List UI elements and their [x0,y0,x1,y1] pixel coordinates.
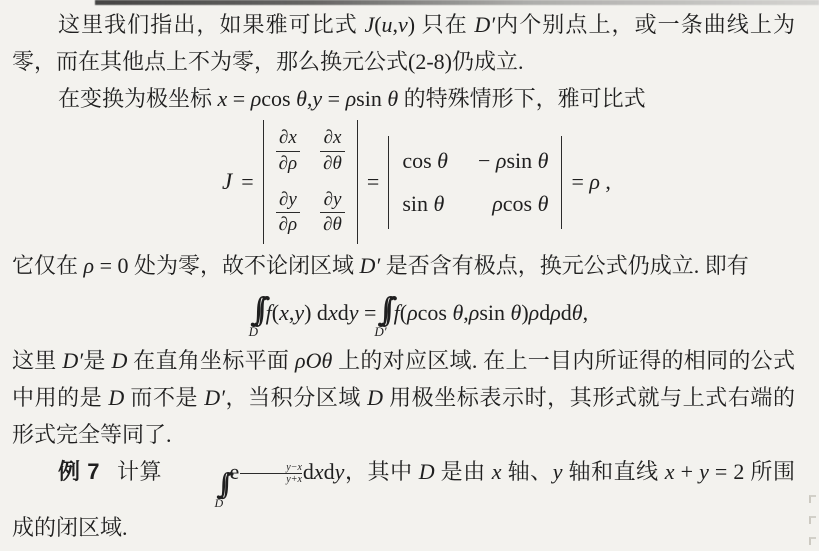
text-run: ρ [407,300,418,325]
equals-sign: = [241,169,253,195]
text-run: 这里 [12,348,62,373]
fraction-dx-dtheta: ∂x ∂θ [320,127,345,176]
text-run: ρ [529,300,540,325]
text-run: ρ [346,86,357,111]
text-run: 是 [83,348,111,373]
text-run: 它仅在 [12,253,84,278]
text-run: u [382,12,393,37]
text-run: cos [418,300,453,325]
matrix-cell: − ρsin θ [478,148,548,174]
text-run: θ [296,86,307,111]
denominator: ∂θ [320,212,345,237]
text-run: = 0 [94,253,134,278]
text-run: ρ [589,169,600,194]
text-run: cos [261,86,296,111]
exponent-denominator: y+x [240,473,302,486]
denominator: ∂ρ [276,151,301,176]
numerator: ∂y [321,189,345,213]
numerator: ∂x [321,127,345,151]
text-run: sin [479,300,510,325]
text-run: sin [506,148,537,173]
denominator: ∂ρ [276,212,301,237]
text-run: d [539,300,550,325]
text-run: d [324,459,335,484]
text-run: D [108,385,124,410]
text-run: y [335,459,345,484]
text-run: = [322,86,345,111]
text-run: 是否含有极点，换元公式仍成立. 即有 [380,253,749,278]
double-integral-over-D: ∫∫ D [250,294,261,337]
text-run: ，其中 [344,459,418,484]
text-run: ρ [492,191,503,216]
textbook-page: 这里我们指出，如果雅可比式 J(u,v) 只在 D′内个别点上，或一条曲线上为零… [0,0,819,551]
text-run: d [338,300,349,325]
text-run: 的特殊情形下，雅可比式 [398,86,646,111]
text-run: = [227,86,250,111]
text-run: 在直角坐标平面 [127,348,295,373]
text-run: ( [272,300,279,325]
double-integral-over-Dprime: ∫∫ D′ [376,294,388,337]
matrix-cell: ρcos θ [492,191,548,217]
integral-subscript: D′ [374,325,386,338]
example-label: 例 7 [58,459,99,484]
text-run: y [312,86,322,111]
text-run: − [478,148,496,173]
fraction-dx-drho: ∂x ∂ρ [276,127,301,176]
text-run: sin [356,86,387,111]
text-run: 计算 [116,459,162,484]
text-run: cos [402,148,437,173]
text-run: 轴和直线 [562,459,664,484]
paragraph-polar-intro: 在变换为极坐标 x = ρcos θ,y = ρsin θ 的特殊情形下，雅可比… [12,80,795,117]
text-run: y [349,300,359,325]
text-run: = [358,300,376,325]
text-run: x [218,86,228,111]
text-run: ) [408,12,422,37]
text-run: D′ [62,348,83,373]
euler-e: e [230,459,240,484]
text-run: θ [434,191,445,216]
jacobian-determinant-formula: J = ∂x ∂ρ ∂x ∂θ ∂y ∂ρ ∂y ∂θ = cos θ − ρs… [222,120,795,244]
text-run: + [675,459,700,484]
double-integral-icon: ∫∫ [250,294,261,325]
text-run: 处为零，故不论闭区域 [134,253,360,278]
example-7-paragraph: 例 7计算 ∫∫ D e y−x y+x dxdy，其中 D 是由 x 轴、y … [12,453,795,547]
text-run: 而不是 [124,385,204,410]
exponent-numerator: y−x [240,462,302,473]
text-run: ( [374,12,381,37]
text-run: sin [402,191,433,216]
text-run: cos [503,191,538,216]
text-run: = [571,169,589,194]
text-run: D [367,385,383,410]
equals-rho-result: = ρ , [571,169,610,195]
double-integral-over-D: ∫∫ D [170,471,225,510]
text-run: θ [437,148,448,173]
text-run: θ [511,300,522,325]
text-run: x [665,459,675,484]
scan-artifact-top [95,0,819,5]
paragraph-rho-zero: 它仅在 ρ = 0 处为零，故不论闭区域 D′ 是否含有极点，换元公式仍成立. … [12,247,795,284]
integrand-left: f(x,y) dxdy = [266,300,377,326]
denominator: ∂θ [320,151,345,176]
equals-sign: = [367,169,379,195]
paragraph-region-note: 这里 D′是 D 在直角坐标平面 ρOθ 上的对应区域. 在上一目内所证得的相同… [12,342,795,453]
text-run: ρ [84,253,95,278]
scan-bleed-marks [809,495,816,545]
double-integral-icon: ∫∫ [377,294,388,325]
text-run: d [303,459,314,484]
text-run: x [314,459,324,484]
bleed-mark [809,495,816,503]
example-pre-text: 计算 [116,459,162,484]
matrix-cell: sin θ [402,191,448,217]
text-run: v [398,12,408,37]
integral-subscript: D [169,497,224,509]
matrix-cell: cos θ [402,148,448,174]
polar-substitution-formula: ∫∫ D f(x,y) dxdy = ∫∫ D′ f(ρcos θ,ρsin θ… [250,291,795,334]
text-run: , [600,169,611,194]
fraction-dy-dtheta: ∂y ∂θ [320,189,345,238]
text-run: y [699,459,709,484]
fraction-dy-drho: ∂y ∂ρ [276,189,301,238]
numerator: ∂y [276,189,300,213]
exponent-fraction: y−x y+x [240,462,302,486]
text-run: D′ [204,385,225,410]
text-run: , [583,300,589,325]
text-run: 在变换为极坐标 [58,86,218,111]
bleed-mark [809,537,816,545]
integral-subscript: D [249,325,258,338]
text-run: ( [400,300,407,325]
text-run: ρ [251,86,262,111]
text-run: θ [452,300,463,325]
text-run: 这里我们指出，如果雅可比式 [58,12,364,37]
text-run: D′ [474,12,495,37]
text-run: D [111,348,127,373]
text-run: ) [521,300,528,325]
numerator: ∂x [276,127,300,151]
text-run: y [553,459,563,484]
text-run: x [492,459,502,484]
double-integral-icon: ∫∫ [170,471,225,499]
text-run: ρ [550,300,561,325]
text-run: 是由 [435,459,492,484]
text-run: x [279,300,289,325]
text-run: ，当积分区域 [225,385,367,410]
text-run: 只在 [422,12,475,37]
text-run: ρ [469,300,480,325]
integrand-right: f(ρcos θ,ρsin θ)ρdρdθ, [394,300,588,326]
var-J: J [222,169,232,195]
text-run: D [419,459,435,484]
text-run: θ [538,191,549,216]
text-run: ) d [304,300,328,325]
text-run: θ [572,300,583,325]
text-run: θ [538,148,549,173]
text-run: ρ [496,148,507,173]
trig-determinant: cos θ − ρsin θ sin θ ρcos θ [388,136,562,229]
partial-derivative-determinant: ∂x ∂ρ ∂x ∂θ ∂y ∂ρ ∂y ∂θ [263,120,358,244]
text-run: x [328,300,338,325]
text-run: 轴、 [502,459,553,484]
text-run: y [294,300,304,325]
text-run: θ [387,86,398,111]
text-run: ρOθ [295,348,332,373]
text-run: D′ [360,253,381,278]
text-run: J [364,12,374,37]
text-run: = 2 [709,459,751,484]
paragraph-jacobian-note: 这里我们指出，如果雅可比式 J(u,v) 只在 D′内个别点上，或一条曲线上为零… [12,6,795,80]
bleed-mark [809,516,816,524]
text-run: d [561,300,572,325]
